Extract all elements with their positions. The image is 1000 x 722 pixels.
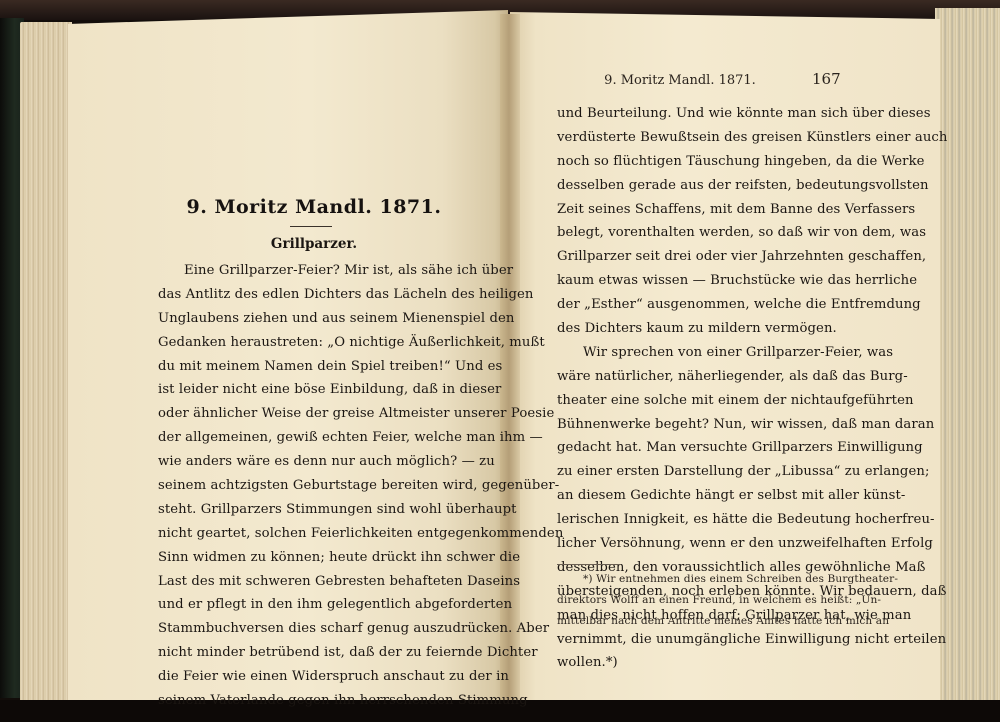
text-line: und Beurteilung. Und wie könnte man sich… [557,102,847,126]
section-title: Grillparzer. [158,236,470,252]
text-line: nicht minder betrübend ist, daß der zu f… [158,641,454,665]
text-line: Eine Grillparzer-Feier? Mir ist, als säh… [158,259,454,283]
text-line: wollen.*) [557,651,847,675]
text-line: und er pflegt in den ihm gelegentlich ab… [158,593,454,617]
text-line: seinem achtzigsten Geburtstage bereiten … [158,474,454,498]
text-line: nicht geartet, solchen Feierlichkeiten e… [158,522,454,546]
text-line: gedacht hat. Man versuchte Grillparzers … [557,436,847,460]
footnote-line: mittelbar nach dem Antritte meines Amtes… [557,611,847,632]
text-line: zu einer ersten Darstellung der „Libussa… [557,460,847,484]
text-line: das Antlitz des edlen Dichters das Läche… [158,283,454,307]
text-line: steht. Grillparzers Stimmungen sind wohl… [158,498,454,522]
text-line: Bühnenwerke begeht? Nun, wir wissen, daß… [557,413,847,437]
text-line: lerischen Innigkeit, es hätte die Bedeut… [557,508,847,532]
text-line: der „Esther“ ausgenommen, welche die Ent… [557,293,847,317]
footnote-rule [557,564,621,565]
text-line: Gedanken heraustreten: „O nichtige Äußer… [158,331,454,355]
text-line: wäre natürlicher, näherliegender, als da… [557,365,847,389]
text-line: licher Versöhnung, wenn er den unzweifel… [557,532,847,556]
text-line: noch so flüchtigen Täuschung hingeben, d… [557,150,847,174]
right-page-stack [935,8,1000,712]
text-line: verdüsterte Bewußtsein des greisen Künst… [557,126,847,150]
text-line: Wir sprechen von einer Grillparzer-Feier… [557,341,847,365]
text-line: Stammbuchversen dies scharf genug auszud… [158,617,454,641]
text-line: Zeit seines Schaffens, mit dem Banne des… [557,198,847,222]
text-line: der allgemeinen, gewiß echten Feier, wel… [158,426,454,450]
title-rule [290,226,332,227]
text-line: kaum etwas wissen — Bruchstücke wie das … [557,269,847,293]
text-line: Unglaubens ziehen und aus seinem Mienens… [158,307,454,331]
text-line: ist leider nicht eine böse Einbildung, d… [158,378,454,402]
footnote-line: direktors Wolff an einen Freund, in welc… [557,590,847,611]
text-line: desselben gerade aus der reifsten, bedeu… [557,174,847,198]
text-line: theater eine solche mit einem der nichta… [557,389,847,413]
left-page-body: Eine Grillparzer-Feier? Mir ist, als säh… [158,259,454,713]
text-line: du mit meinem Namen dein Spiel treiben!“… [158,355,454,379]
text-line: Sinn widmen zu können; heute drückt ihn … [158,546,454,570]
footnote-line: *) Wir entnehmen dies einem Schreiben de… [557,569,847,590]
text-line: an diesem Gedichte hängt er selbst mit a… [557,484,847,508]
chapter-title: 9. Moritz Mandl. 1871. [158,196,470,218]
text-line: des Dichters kaum zu mildern vermögen. [557,317,847,341]
page-number: 167 [812,70,841,88]
text-line: seinem Vaterlande gegen ihn herrschenden… [158,689,454,713]
footnote: *) Wir entnehmen dies einem Schreiben de… [557,569,847,632]
running-head: 9. Moritz Mandl. 1871. [560,73,800,88]
text-line: Last des mit schweren Gebresten behaftet… [158,570,454,594]
text-line: belegt, vorenthalten werden, so daß wir … [557,221,847,245]
left-page-stack [20,22,72,702]
text-line: Grillparzer seit drei oder vier Jahrzehn… [557,245,847,269]
text-line: die Feier wie einen Widerspruch anschaut… [158,665,454,689]
text-line: wie anders wäre es denn nur auch möglich… [158,450,454,474]
text-line: oder ähnlicher Weise der greise Altmeist… [158,402,454,426]
